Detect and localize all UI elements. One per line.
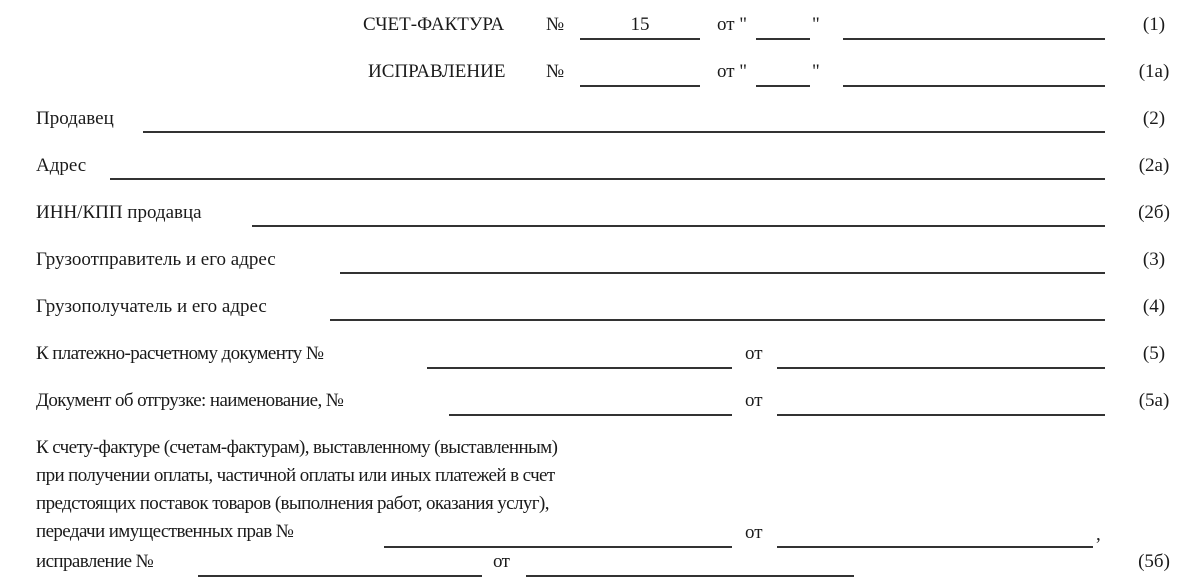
shipper-ref: (3)	[1124, 249, 1184, 271]
advance-invoice-from-label: от	[745, 522, 763, 544]
invoice-day-field[interactable]	[756, 38, 810, 40]
payment-doc-label: К платежно-расчетному документу №	[36, 343, 323, 365]
invoice-number-field[interactable]: 15	[580, 14, 700, 36]
seller-ref: (2)	[1124, 108, 1184, 130]
correction-number-underline	[580, 85, 700, 87]
advance-invoice-number-underline	[384, 546, 732, 548]
shipment-doc-ref: (5а)	[1124, 390, 1184, 412]
shipper-underline	[340, 272, 1105, 274]
invoice-ref: (1)	[1124, 14, 1184, 36]
shipment-doc-label: Документ об отгрузке: наименование, №	[36, 390, 343, 412]
correction-date-prefix: от "	[717, 61, 747, 83]
advance-invoice-comma: ,	[1096, 524, 1101, 546]
seller-label: Продавец	[36, 108, 114, 130]
address-underline	[110, 178, 1105, 180]
correction-ref: (1а)	[1124, 61, 1184, 83]
shipper-label: Грузоотправитель и его адрес	[36, 249, 276, 271]
consignee-ref: (4)	[1124, 296, 1184, 318]
invoice-number-sign: №	[546, 14, 564, 36]
payment-doc-from-label: от	[745, 343, 763, 365]
shipment-doc-from-label: от	[745, 390, 763, 412]
advance-correction-date-underline	[526, 575, 854, 577]
payment-doc-number-underline	[427, 367, 732, 369]
invoice-month-year-field[interactable]	[843, 38, 1105, 40]
shipment-doc-date-underline	[777, 414, 1105, 416]
advance-correction-from-label: от	[493, 551, 509, 573]
consignee-label: Грузополучатель и его адрес	[36, 296, 267, 318]
advance-invoice-text-line-4: передачи имущественных прав №	[36, 521, 293, 543]
correction-month-year-field[interactable]	[843, 85, 1105, 87]
address-label: Адрес	[36, 155, 86, 177]
consignee-underline	[330, 319, 1105, 321]
inn-kpp-ref: (2б)	[1124, 202, 1184, 224]
advance-correction-number-underline	[198, 575, 482, 577]
advance-invoice-text-line-3: предстоящих поставок товаров (выполнения…	[36, 493, 549, 515]
invoice-number-underline	[580, 38, 700, 40]
correction-day-field[interactable]	[756, 85, 810, 87]
advance-invoice-date-underline	[777, 546, 1093, 548]
payment-doc-ref: (5)	[1124, 343, 1184, 365]
advance-invoice-ref: (5б)	[1124, 551, 1184, 573]
payment-doc-date-underline	[777, 367, 1105, 369]
address-ref: (2а)	[1124, 155, 1184, 177]
correction-title: ИСПРАВЛЕНИЕ	[368, 61, 505, 83]
correction-date-suffix: "	[812, 61, 820, 83]
inn-kpp-underline	[252, 225, 1105, 227]
correction-number-sign: №	[546, 61, 564, 83]
advance-invoice-text-line-2: при получении оплаты, частичной оплаты и…	[36, 465, 555, 487]
advance-correction-label: исправление №	[36, 551, 153, 573]
invoice-date-suffix: "	[812, 14, 820, 36]
seller-underline	[143, 131, 1105, 133]
invoice-title: СЧЕТ-ФАКТУРА	[363, 14, 504, 36]
advance-invoice-text-line-1: К счету-фактуре (счетам-фактурам), выста…	[36, 437, 557, 459]
inn-kpp-label: ИНН/КПП продавца	[36, 202, 202, 224]
invoice-date-prefix: от "	[717, 14, 747, 36]
shipment-doc-number-underline	[449, 414, 732, 416]
